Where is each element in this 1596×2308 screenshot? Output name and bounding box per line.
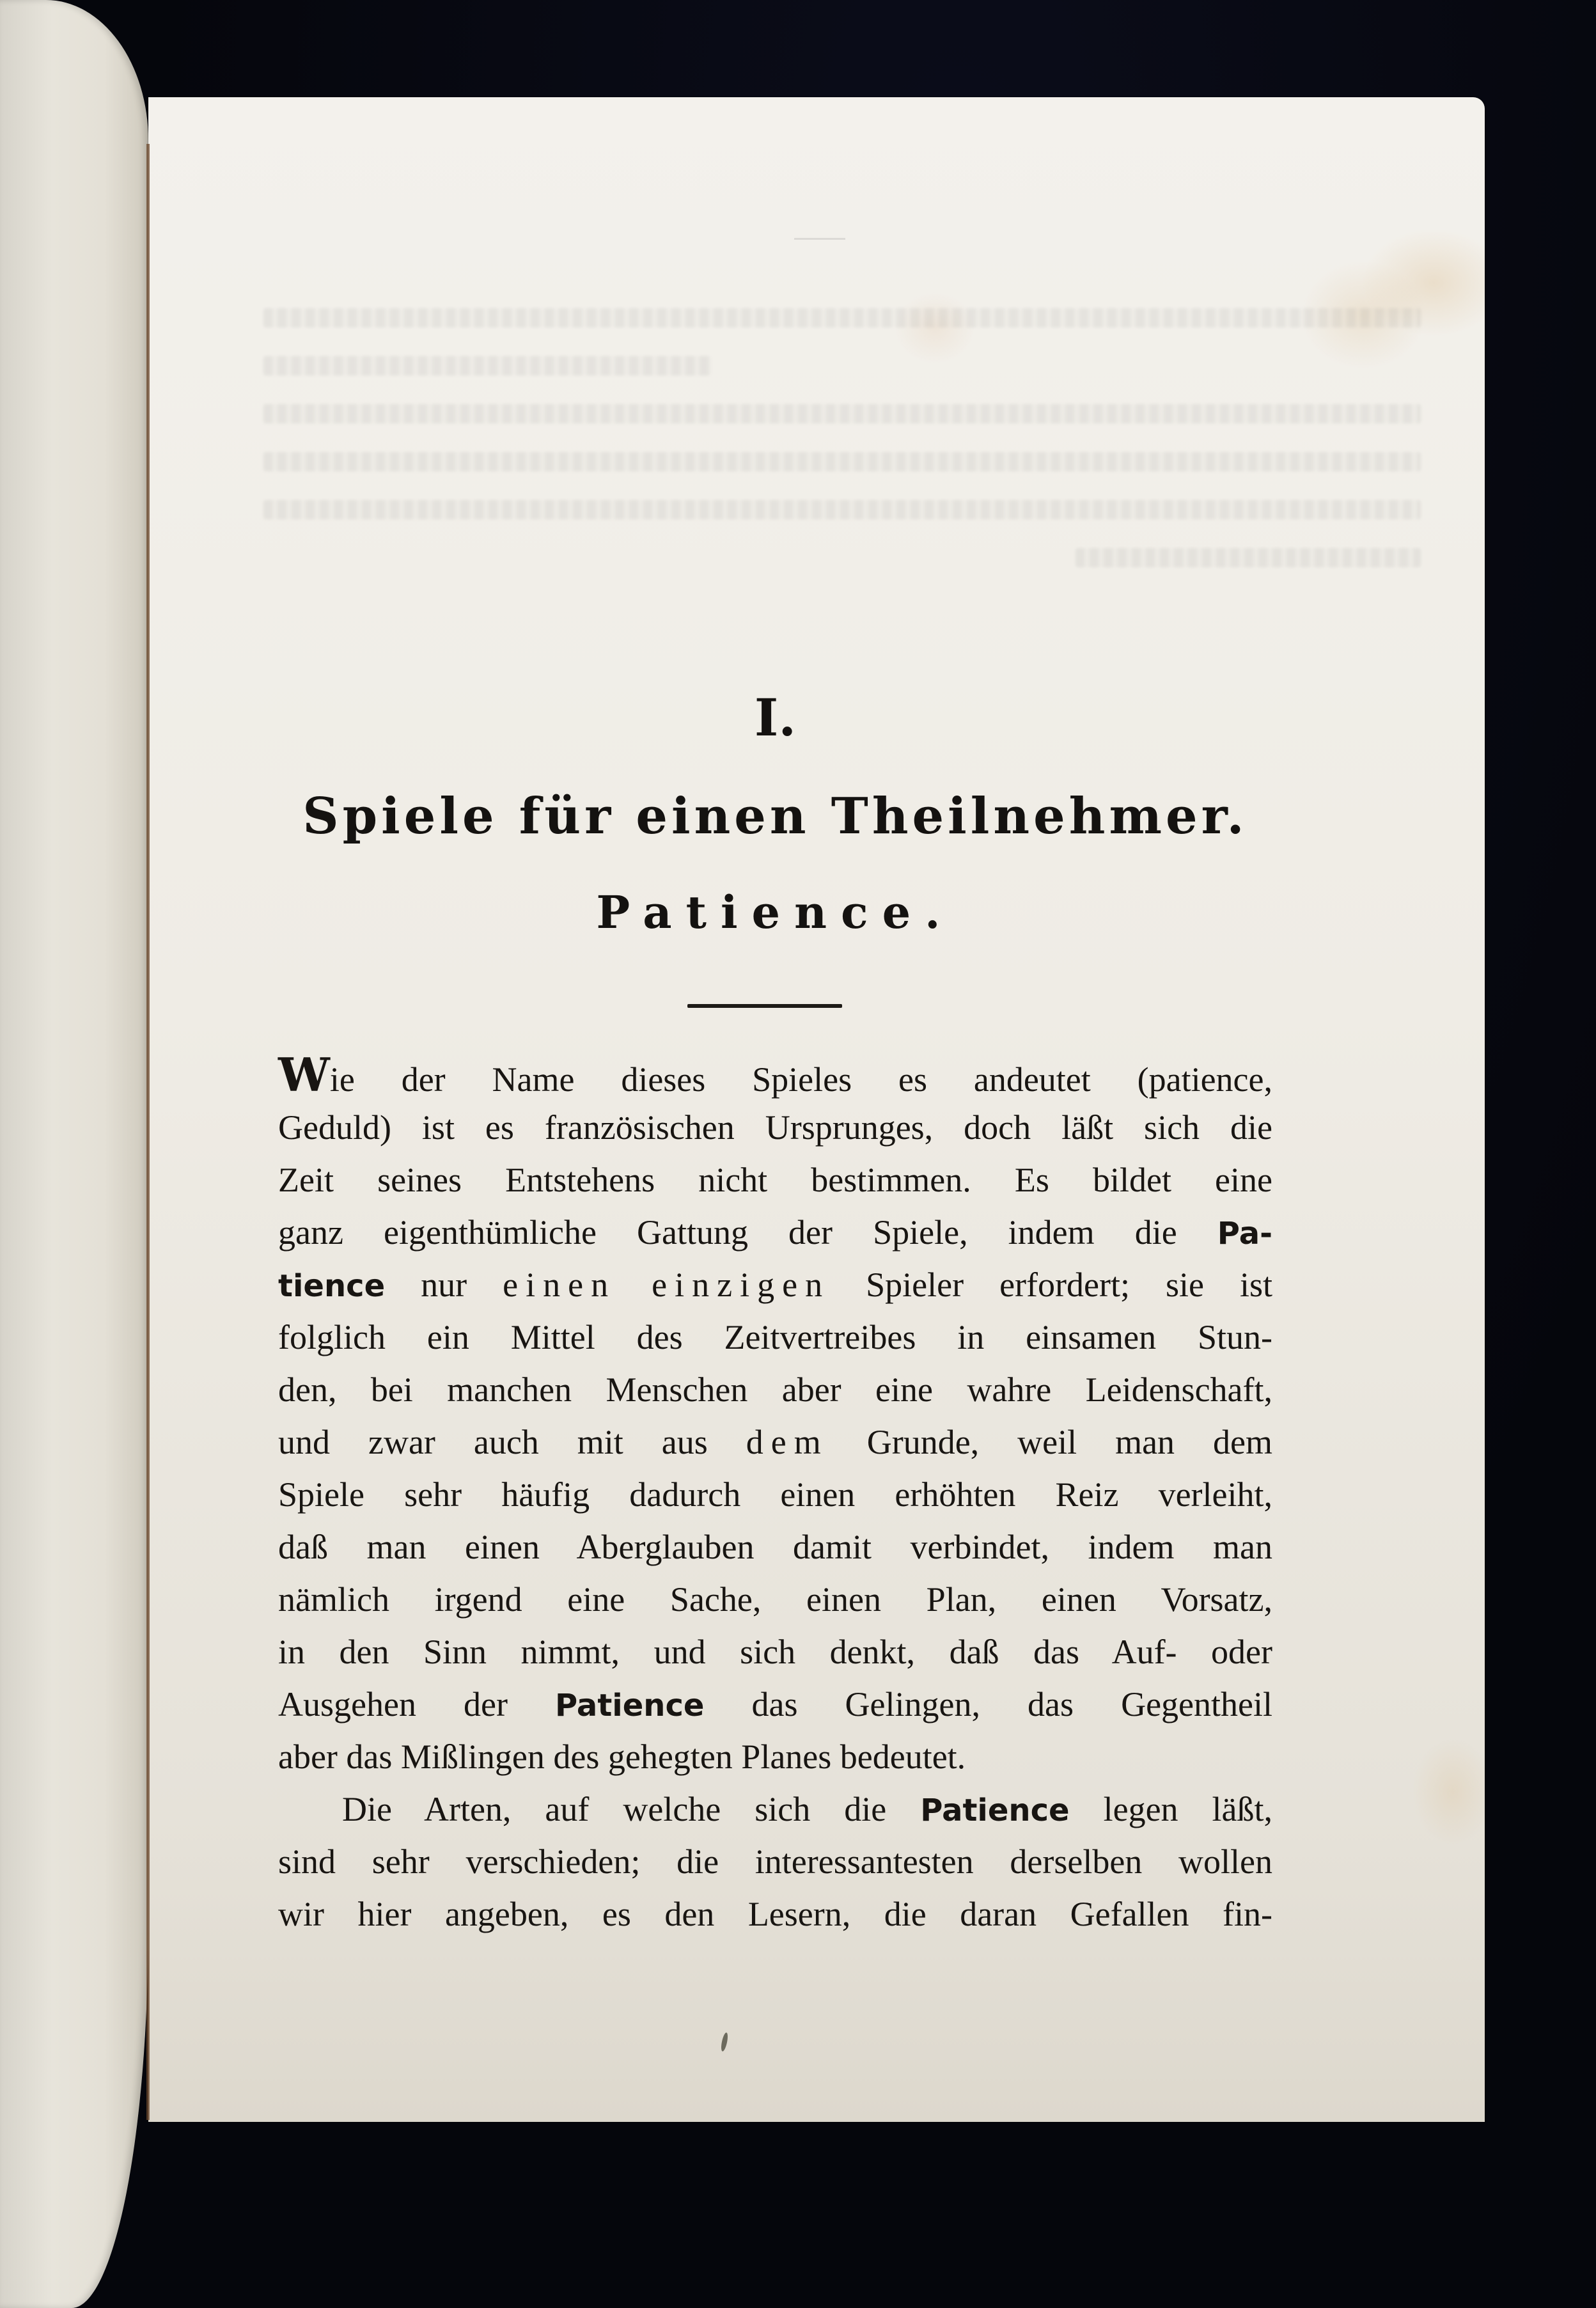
section-title: Patience. bbox=[278, 884, 1272, 941]
bold-term: Pa- bbox=[1217, 1216, 1272, 1252]
bleed-through-line bbox=[263, 452, 1421, 471]
previous-page-edge bbox=[0, 0, 148, 2308]
emphasis-spaced: einen bbox=[503, 1266, 616, 1304]
bold-term: Patience bbox=[920, 1793, 1069, 1828]
text-line: nämlich irgend eine Sache, einen Plan, e… bbox=[278, 1573, 1272, 1626]
book-page: I. Spiele für einen Theilnehmer. Patienc… bbox=[148, 97, 1485, 2122]
page-gutter-edge bbox=[146, 144, 150, 2120]
bold-term: tience bbox=[278, 1268, 385, 1304]
text-line: Wie der Name dieses Spieles es andeutet … bbox=[278, 1049, 1272, 1101]
text-line: Zeit seines Entstehens nicht bestimmen. … bbox=[278, 1154, 1272, 1206]
bleed-through-line bbox=[263, 404, 1421, 423]
bleed-through-line bbox=[263, 308, 1421, 327]
body-text: Wie der Name dieses Spieles es andeutet … bbox=[278, 1049, 1272, 1940]
title-rule-divider bbox=[687, 1004, 842, 1008]
text-line: Ausgehen der Patience das Gelingen, das … bbox=[278, 1678, 1272, 1731]
text-line: wir hier angeben, es den Lesern, die dar… bbox=[278, 1888, 1272, 1940]
text-line: Spiele sehr häufig dadurch einen erhöhte… bbox=[278, 1468, 1272, 1521]
text-line: sind sehr verschieden; die interessantes… bbox=[278, 1835, 1272, 1888]
bold-term: Patience bbox=[555, 1688, 704, 1723]
bleed-through-line bbox=[263, 500, 1421, 519]
chapter-title: Spiele für einen Theilnehmer. bbox=[278, 788, 1272, 845]
text-line: tience nur einen einzigen Spieler erford… bbox=[278, 1259, 1272, 1311]
text-line: Die Arten, auf welche sich die Patience … bbox=[278, 1783, 1272, 1835]
text-line: daß man einen Aberglauben damit verbinde… bbox=[278, 1521, 1272, 1573]
text-line: und zwar auch mit aus dem Grunde, weil m… bbox=[278, 1416, 1272, 1468]
text-line: folglich ein Mittel des Zeitvertreibes i… bbox=[278, 1311, 1272, 1363]
emphasis-spaced: einzigen bbox=[652, 1266, 830, 1304]
ink-speck bbox=[720, 2032, 729, 2052]
text-line: ganz eigenthümliche Gattung der Spiele, … bbox=[278, 1206, 1272, 1259]
drop-cap: W bbox=[278, 1048, 330, 1102]
bleed-through-page-number bbox=[794, 212, 845, 240]
text-line: aber das Mißlingen des gehegten Planes b… bbox=[278, 1731, 1272, 1783]
text-line: in den Sinn nimmt, und sich denkt, daß d… bbox=[278, 1626, 1272, 1678]
text-line: den, bei manchen Menschen aber eine wahr… bbox=[278, 1363, 1272, 1416]
chapter-number: I. bbox=[278, 692, 1272, 743]
bleed-through-line bbox=[263, 356, 711, 375]
bleed-through-line bbox=[1076, 548, 1421, 567]
text-line: Geduld) ist es französischen Ursprunges,… bbox=[278, 1101, 1272, 1154]
emphasis-spaced: dem bbox=[746, 1423, 829, 1461]
